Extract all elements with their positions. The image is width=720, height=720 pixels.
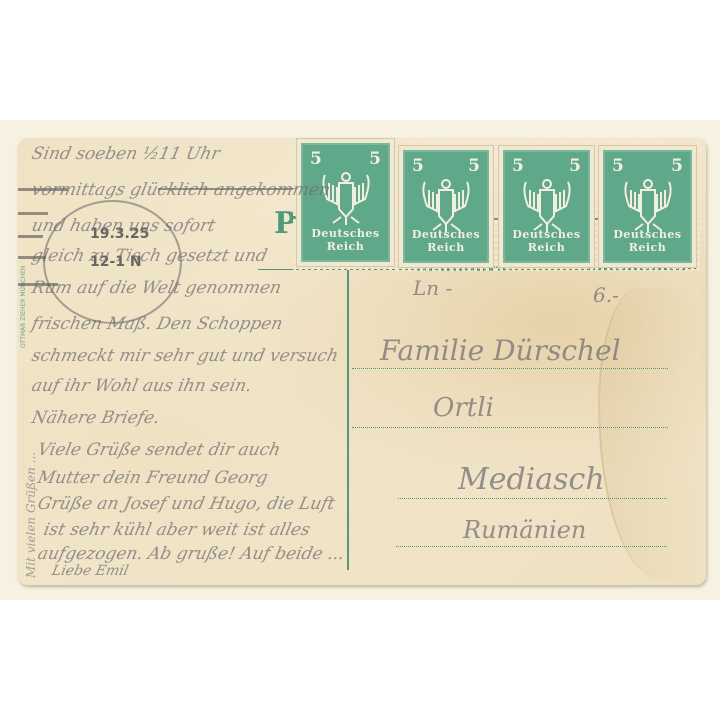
postage-stamp: 5 5 Deutsches Reich [296, 138, 395, 267]
stamp-value: 5 [512, 156, 524, 176]
eagle-icon [520, 176, 574, 234]
stamp-value: 5 [310, 149, 322, 169]
address-line2-text: Ortli [433, 393, 494, 423]
stamp-text-line1: Deutsches [405, 228, 487, 241]
stamp-text-line1: Deutsches [505, 228, 588, 241]
message-line: aufgezogen. Ab gruße! Auf beide ... [36, 544, 347, 564]
top-rule [348, 269, 688, 271]
stamp-value: 5 [369, 149, 381, 169]
stamp-value: 5 [612, 156, 624, 176]
top-rule-left [258, 269, 348, 271]
address-country: Rumänien [463, 516, 586, 544]
address-line-2 [352, 427, 668, 428]
stamp-text-line1: Deutsches [303, 227, 388, 240]
message-line: Sind soeben ½11 Uhr [30, 144, 222, 164]
message-line: Grüße an Josef und Hugo, die Luft [36, 494, 337, 514]
message-line: schmeckt mir sehr gut und versuch [30, 346, 340, 366]
printer-imprint: OTTMAR ZIEHER MÜNCHEN [20, 266, 27, 348]
cancel-bar [18, 212, 48, 215]
stamp-value: 5 [468, 156, 480, 176]
side-note: Mit vielen Grüßen ... [24, 452, 38, 578]
message-line: ist sehr kühl aber weit ist alles [42, 520, 312, 540]
address-line-4 [396, 546, 667, 547]
stamp-value: 5 [412, 156, 424, 176]
address-line-3 [398, 498, 667, 499]
postcard: P Nur für die Adresse. OTTMAR ZIEHER MÜN… [18, 138, 706, 585]
stamp-text-line2: Reich [405, 241, 487, 254]
message-line: und haben uns sofort [30, 216, 217, 236]
message-line: gleich zu Tisch gesetzt und [30, 246, 269, 266]
scrawl-annotation: Ln - [413, 276, 452, 300]
postage-stamp: 5 5 Deutsches Reich [498, 145, 595, 268]
stamp-value: 5 [569, 156, 581, 176]
message-line: frischen Maß. Den Schoppen [30, 314, 285, 334]
message-line: auf ihr Wohl aus ihn sein. [30, 376, 254, 396]
stamp-text-line2: Reich [303, 240, 388, 253]
message-line: Mutter dein Freund Georg [36, 468, 270, 488]
stamp-text-line2: Reich [605, 241, 690, 254]
message-line: Rum auf die Welt genommen [30, 278, 283, 298]
message-line: Viele Grüße sendet dir auch [36, 440, 282, 460]
vertical-divider [347, 270, 349, 570]
stamp-text-line2: Reich [505, 241, 588, 254]
message-line: vormittags glücklich angekommen [30, 180, 332, 200]
eagle-icon [419, 176, 473, 234]
message-line: Nähere Briefe. [30, 408, 162, 428]
printed-postkarte-initial: P [274, 206, 297, 241]
message-signature: Liebe Emil [50, 563, 130, 579]
water-stain [598, 288, 700, 578]
eagle-icon [621, 176, 675, 234]
price-annotation: 6.- [593, 283, 619, 307]
stamp-value: 5 [671, 156, 683, 176]
address-line-1 [352, 368, 668, 369]
address-city: Mediasch [458, 462, 605, 497]
stamp-text-line1: Deutsches [605, 228, 690, 241]
postage-stamp: 5 5 Deutsches Reich [598, 145, 697, 268]
postage-stamp: 5 5 Deutsches Reich [398, 145, 494, 268]
address-recipient: Familie Dürschel [380, 334, 621, 367]
